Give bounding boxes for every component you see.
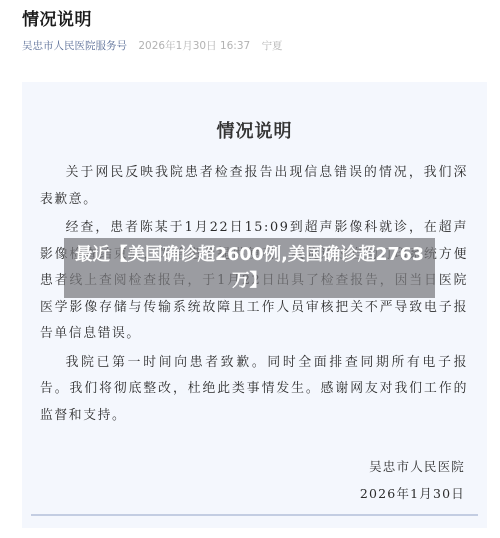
article-page: 情况说明 吴忠市人民医院服务号 2026年1月30日 16:37 宁夏 情况说明… [0,0,500,538]
document-title: 情况说明 [22,120,487,144]
document-divider [31,514,478,516]
document-paragraph: 我院已第一时间向患者致歉。同时全面排查同期所有电子报告。我们将彻底整改，杜绝此类… [40,350,468,430]
headline-overlay: 最近【美国确诊超2600例,美国确诊超2763万】 [64,238,435,298]
publish-location: 宁夏 [262,40,283,52]
signature-org: 吴忠市人民医院 [360,454,465,481]
document-signature: 吴忠市人民医院 2026年1月30日 [360,454,465,507]
signature-date: 2026年1月30日 [360,481,465,508]
document-image: 情况说明 关于网民反映我院患者检查报告出现信息错误的情况，我们深表歉意。 经查，… [22,82,487,528]
publish-date: 2026年1月30日 16:37 [138,40,250,52]
account-name-link[interactable]: 吴忠市人民医院服务号 [22,40,127,52]
article-title: 情况说明 [22,9,92,31]
document-paragraph: 关于网民反映我院患者检查报告出现信息错误的情况，我们深表歉意。 [40,160,468,213]
article-meta: 吴忠市人民医院服务号 2026年1月30日 16:37 宁夏 [22,39,283,53]
